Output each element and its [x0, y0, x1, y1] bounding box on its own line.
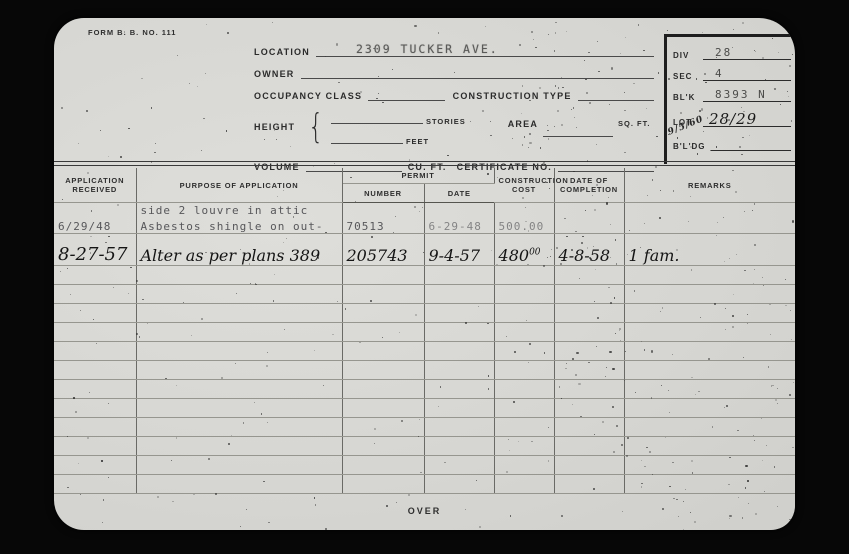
sec-label: SEC [673, 72, 703, 81]
remarks-cell: 1 fam. [624, 234, 795, 266]
height-area-block: HEIGHT { STORIES FEET AREA SQ. FT. [254, 110, 654, 153]
stories-line: STORIES [331, 113, 466, 126]
col-header-date-of-completion: DATE OF COMPLETION [554, 168, 624, 203]
col-header-permit: PERMIT [342, 168, 494, 184]
height-brace: { [308, 110, 323, 153]
area-rule [543, 126, 613, 137]
bldg-rule [711, 136, 791, 151]
col-header-permit-number: NUMBER [342, 184, 424, 203]
permit-ledger-table: APPLICATION RECEIVED PURPOSE OF APPLICAT… [54, 168, 795, 494]
table-row-empty [54, 342, 795, 361]
table-row: 8-27-57 Alter as per plans 389 205743 9-… [54, 234, 795, 266]
stories-rule [331, 113, 423, 124]
col-header-construction-cost: CONSTRUCTION COST [494, 168, 554, 203]
table-row-empty [54, 399, 795, 418]
purpose-cell: Alter as per plans 389 [136, 234, 342, 266]
divider-rule-top [54, 161, 795, 162]
scanned-permit-card-page: { "form": { "form_number": "FORM B. B. N… [0, 0, 849, 554]
table-row-empty [54, 304, 795, 323]
table-row-empty [54, 475, 795, 494]
construction-type-rule [578, 88, 654, 101]
table-row-empty [54, 380, 795, 399]
blk-value: 8393 N [715, 88, 767, 101]
stories-label: STORIES [426, 117, 466, 126]
col-header-purpose: PURPOSE OF APPLICATION [136, 168, 342, 203]
cost-superscript: 00 [529, 248, 540, 258]
parcel-box: DIV 28 SEC 4 BL'K 8393 N LOT 9/5/60 28/2… [664, 34, 795, 164]
permit-date-cell: 6-29-48 [424, 203, 494, 234]
location-field: LOCATION 2309 TUCKER AVE. [254, 44, 654, 57]
feet-rule [331, 133, 403, 144]
div-row: DIV 28 [673, 39, 795, 60]
permit-card: FORM B. B. NO. 111 LOCATION 2309 TUCKER … [54, 18, 795, 530]
sec-value: 4 [715, 67, 724, 80]
div-rule: 28 [703, 45, 791, 60]
owner-label: OWNER [254, 69, 295, 79]
header-row-1: APPLICATION RECEIVED PURPOSE OF APPLICAT… [54, 168, 795, 184]
col-header-permit-date: DATE [424, 184, 494, 203]
received-cell: 8-27-57 [54, 234, 136, 266]
completion-cell [554, 203, 624, 234]
divider-rule-bottom [54, 165, 795, 166]
cost-cell: 500.00 [494, 203, 554, 234]
table-row-empty [54, 456, 795, 475]
area-label: AREA [508, 110, 538, 153]
occupancy-label: OCCUPANCY CLASS [254, 91, 362, 101]
occupancy-rule [368, 88, 444, 101]
div-label: DIV [673, 51, 703, 60]
purpose-cell: side 2 louvre in attic Asbestos shingle … [136, 203, 342, 234]
lot-row: LOT 9/5/60 28/29 [673, 102, 795, 127]
lot-label: LOT 9/5/60 [673, 118, 703, 127]
div-value: 28 [715, 46, 732, 59]
received-cell: 6/29/48 [54, 203, 136, 234]
height-lines: STORIES FEET [331, 110, 466, 153]
table-row-empty [54, 285, 795, 304]
feet-label: FEET [406, 137, 429, 146]
col-header-application-received: APPLICATION RECEIVED [54, 168, 136, 203]
remarks-cell [624, 203, 795, 234]
permit-number-cell: 70513 [342, 203, 424, 234]
location-value: 2309 TUCKER AVE. [356, 42, 499, 56]
lot-rule: 28/29 [703, 112, 791, 127]
sec-rule: 4 [703, 66, 791, 81]
table-row-empty [54, 266, 795, 285]
col-header-remarks: REMARKS [624, 168, 795, 203]
over-label: OVER [54, 506, 795, 516]
ledger-body: 6/29/48 side 2 louvre in attic Asbestos … [54, 203, 795, 494]
table-row: 6/29/48 side 2 louvre in attic Asbestos … [54, 203, 795, 234]
owner-field: OWNER [254, 66, 654, 79]
bldg-label: B'L'DG [673, 142, 711, 151]
permit-date-cell: 9-4-57 [424, 234, 494, 266]
feet-line: FEET [331, 133, 466, 146]
construction-type-label: CONSTRUCTION TYPE [453, 91, 572, 101]
table-row-empty [54, 361, 795, 380]
blk-label: BL'K [673, 93, 703, 102]
owner-rule [301, 66, 655, 79]
permit-number-cell: 205743 [342, 234, 424, 266]
height-label: HEIGHT [254, 110, 295, 153]
ledger-header: APPLICATION RECEIVED PURPOSE OF APPLICAT… [54, 168, 795, 203]
purpose-line-1: side 2 louvre in attic [141, 204, 338, 217]
table-row-empty [54, 418, 795, 437]
sec-row: SEC 4 [673, 60, 795, 81]
location-label: LOCATION [254, 47, 310, 57]
occupancy-construction-field: OCCUPANCY CLASS CONSTRUCTION TYPE [254, 88, 654, 101]
table-row-empty [54, 323, 795, 342]
sqft-label: SQ. FT. [618, 110, 650, 153]
cost-main: 480 [499, 246, 530, 265]
location-rule: 2309 TUCKER AVE. [316, 44, 654, 57]
blk-rule: 8393 N [703, 87, 791, 102]
form-number: FORM B. B. NO. 111 [88, 28, 176, 37]
table-row-empty [54, 437, 795, 456]
purpose-line-2: Asbestos shingle on out- [141, 220, 324, 233]
completion-cell: 4-8-58 [554, 234, 624, 266]
blk-row: BL'K 8393 N [673, 81, 795, 102]
bldg-row: B'L'DG [673, 127, 795, 151]
cost-cell: 48000 [494, 234, 554, 266]
lot-value: 28/29 [709, 110, 757, 128]
